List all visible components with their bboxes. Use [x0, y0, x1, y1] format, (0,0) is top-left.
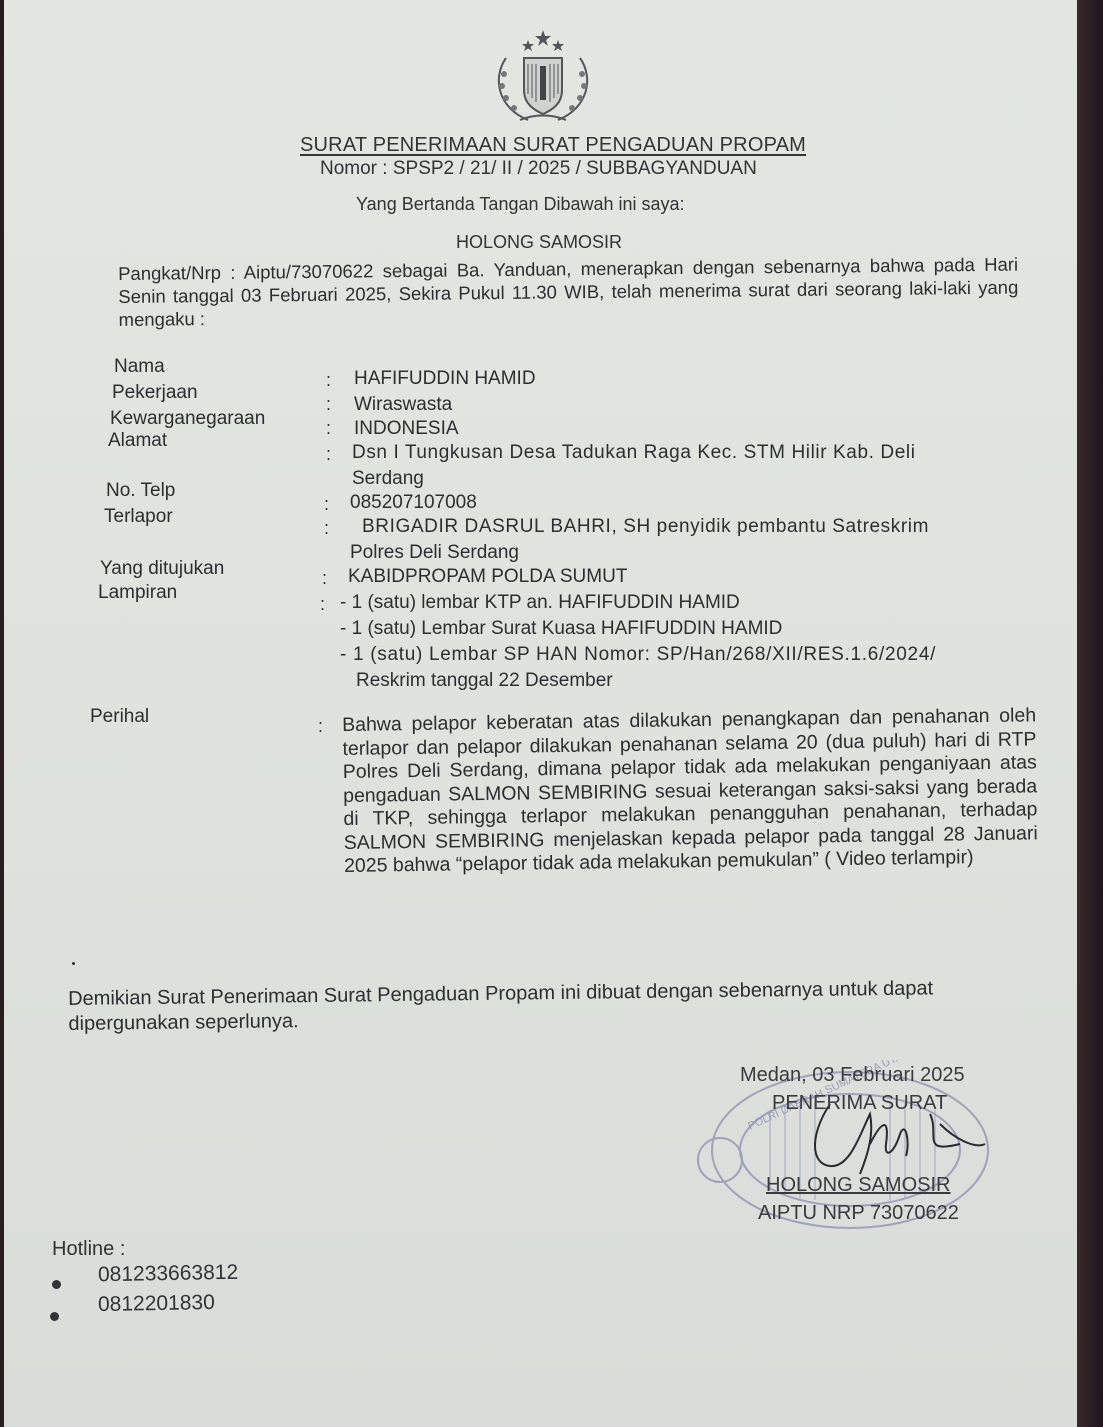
signature-place-date: Medan, 03 Februari 2025	[740, 1064, 965, 1087]
colon: :	[318, 716, 323, 737]
hotline-number: 0812201830	[98, 1291, 215, 1317]
colon: :	[324, 518, 329, 539]
field-value-terlapor: BRIGADIR DASRUL BAHRI, SH penyidik pemba…	[362, 516, 929, 538]
hotline-number: 081233663812	[98, 1261, 239, 1287]
police-emblem-icon	[484, 28, 602, 128]
signature-name: HOLONG SAMOSIR	[766, 1174, 950, 1197]
opening-paragraph: Pangkat/Nrp : Aiptu/73070622 sebagai Ba.…	[118, 253, 1019, 331]
field-label-terlapor: Terlapor	[104, 506, 173, 528]
colon: :	[322, 568, 327, 589]
field-value-alamat: Dsn I Tungkusan Desa Tadukan Raga Kec. S…	[352, 442, 916, 464]
colon: :	[320, 594, 325, 615]
document-title: SURAT PENERIMAAN SURAT PENGADUAN PROPAM	[300, 134, 806, 157]
field-value-kewarganegaraan: INDONESIA	[354, 418, 459, 440]
bullet-icon	[52, 1280, 61, 1289]
perihal-text: Bahwa pelapor keberatan atas dilakukan p…	[342, 704, 1038, 878]
hotline-label: Hotline :	[52, 1238, 125, 1261]
signer-name-heading: HOLONG SAMOSIR	[456, 232, 622, 253]
field-label-yang-ditujukan: Yang ditujukan	[100, 558, 224, 580]
field-label-pekerjaan: Pekerjaan	[112, 382, 198, 404]
field-label-alamat: Alamat	[108, 430, 167, 452]
field-label-no-telp: No. Telp	[106, 480, 175, 502]
field-value-terlapor-line2: Polres Deli Serdang	[350, 542, 519, 564]
field-value-nama: HAFIFUDDIN HAMID	[354, 368, 536, 390]
lampiran-item: - 1 (satu) Lembar Surat Kuasa HAFIFUDDIN…	[340, 618, 782, 640]
bullet-icon	[50, 1312, 59, 1321]
field-value-yang-ditujukan: KABIDPROPAM POLDA SUMUT	[348, 566, 627, 588]
intro-line: Yang Bertanda Tangan Dibawah ini saya:	[356, 194, 685, 215]
field-label-perihal: Perihal	[90, 706, 149, 728]
colon: :	[326, 394, 331, 415]
field-value-alamat-line2: Serdang	[352, 468, 424, 490]
stray-dot	[72, 962, 75, 965]
colon: :	[326, 444, 331, 465]
document-number: Nomor : SPSP2 / 21/ II / 2025 / SUBBAGYA…	[320, 158, 757, 180]
colon: :	[324, 494, 329, 515]
lampiran-item: - 1 (satu) Lembar SP HAN Nomor: SP/Han/2…	[340, 644, 936, 666]
colon: :	[326, 418, 331, 439]
colon: :	[326, 370, 331, 391]
signature-role: PENERIMA SURAT	[772, 1092, 947, 1115]
background-edge	[1077, 0, 1103, 1427]
signature-nrp: AIPTU NRP 73070622	[758, 1202, 959, 1225]
field-label-nama: Nama	[114, 356, 165, 378]
field-label-lampiran: Lampiran	[98, 582, 177, 604]
lampiran-item: Reskrim tanggal 22 Desember	[356, 670, 613, 692]
field-value-no-telp: 085207107008	[350, 492, 477, 514]
lampiran-item: - 1 (satu) lembar KTP an. HAFIFUDDIN HAM…	[340, 592, 740, 614]
field-value-pekerjaan: Wiraswasta	[354, 394, 452, 416]
field-label-kewarganegaraan: Kewarganegaraan	[110, 408, 265, 430]
